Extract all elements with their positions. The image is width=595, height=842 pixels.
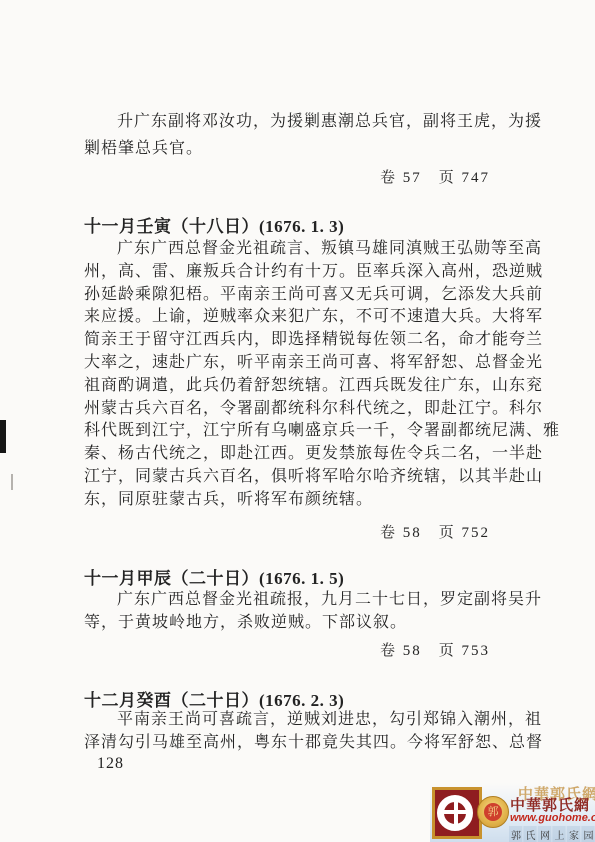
entry-section: 十二月癸酉（二十日）(1676. 2. 3)	[84, 686, 552, 711]
body-text-line: 剿梧肇总兵官。	[84, 135, 546, 162]
volume-page-citation: 卷 58 页 753	[84, 639, 546, 660]
body-text-line: 祖商酌调遣，此兵仍着舒恕统辖。江西兵既发往广东，山东兖	[84, 375, 546, 398]
body-text-line: 州，高、雷、廉叛兵合计约有十万。臣率兵深入高州，恐逆贼	[84, 261, 546, 284]
entry-section: 十一月壬寅（十八日）(1676. 1. 3)	[84, 212, 552, 237]
citation-block: 卷 58 页 752	[84, 521, 552, 542]
body-text-line: 州蒙古兵六百名，令署副都统科尔科代统之，即赴江宁。科尔	[84, 398, 546, 421]
guo-clan-seal-icon	[432, 787, 482, 839]
margin-scan-mark	[11, 474, 13, 490]
body-text-line: 等，于黄坡岭地方，杀败逆贼。下部议叙。	[84, 612, 546, 635]
site-url: www.guohome.org	[510, 812, 595, 824]
body-text-line: 泽清勾引马雄至高州，粤东十郡竟失其四。今将军舒恕、总督	[84, 732, 546, 755]
volume-page-citation: 卷 58 页 752	[84, 521, 546, 542]
intro-paragraph: 升广东副将邓汝功，为援剿惠潮总兵官，副将王虎，为援 剿梧肇总兵官。	[84, 108, 552, 162]
citation-block: 卷 58 页 753	[84, 639, 552, 660]
body-text-line: 平南亲王尚可喜疏言，逆贼刘进忠，勾引郑锦入潮州，祖	[84, 709, 546, 732]
entry-paragraph: 平南亲王尚可喜疏言，逆贼刘进忠，勾引郑锦入潮州，祖 泽清勾引马雄至高州，粤东十郡…	[84, 709, 552, 755]
body-text-line: 科代既到江宁，江宁所有乌喇盛京兵一千，令署副都统尼满、雅	[84, 420, 546, 443]
entry-date-heading: 十二月癸酉（二十日）(1676. 2. 3)	[84, 686, 552, 711]
body-text-line: 广东广西总督金光祖疏言、叛镇马雄同滇贼王弘勋等至高	[84, 238, 546, 261]
citation-block: 卷 57 页 747	[84, 166, 552, 187]
watermark: 郭 中華郭氏網 中華郭氏網 www.guohome.org 郭氏网上家园	[430, 783, 595, 842]
site-tagline: 郭氏网上家园	[509, 826, 595, 842]
body-text-line: 东，同原驻蒙古兵，听将军布颜统辖。	[84, 489, 546, 512]
body-text-line: 升广东副将邓汝功，为援剿惠潮总兵官，副将王虎，为援	[84, 108, 546, 135]
body-text-line: 秦、杨古代统之，即赴江西。更发禁旅每佐令兵二名，一半赴	[84, 443, 546, 466]
coin-character: 郭	[484, 803, 502, 821]
entry-date-heading: 十一月甲辰（二十日）(1676. 1. 5)	[84, 564, 552, 589]
entry-paragraph: 广东广西总督金光祖疏报，九月二十七日，罗定副将吴升 等，于黄坡岭地方，杀败逆贼。…	[84, 589, 552, 635]
margin-scan-mark	[0, 420, 6, 453]
body-text-line: 来应援。上谕，逆贼率众来犯广东，不可不速遣大兵。大将军	[84, 306, 546, 329]
body-text-line: 简亲王于留守江西兵内，即选择精锐每佐领二名，命才能夸兰	[84, 329, 546, 352]
page-number: 128	[97, 755, 124, 773]
body-text-line: 孙延龄乘隙犯梧。平南亲王尚可喜又无兵可调，乞添发大兵前	[84, 284, 546, 307]
entry-date-heading: 十一月壬寅（十八日）(1676. 1. 3)	[84, 212, 552, 237]
entry-paragraph: 广东广西总督金光祖疏言、叛镇马雄同滇贼王弘勋等至高 州，高、雷、廉叛兵合计约有十…	[84, 238, 552, 512]
volume-page-citation: 卷 57 页 747	[84, 166, 546, 187]
body-text-line: 江宁，同蒙古兵六百名，俱听将军哈尔哈齐统辖，以其半赴山	[84, 466, 546, 489]
body-text-line: 大率之，速赴广东，听平南亲王尚可喜、将军舒恕、总督金光	[84, 352, 546, 375]
scanned-book-page: 升广东副将邓汝功，为援剿惠潮总兵官，副将王虎，为援 剿梧肇总兵官。 卷 57 页…	[0, 0, 595, 842]
gold-coin-icon: 郭	[477, 796, 509, 828]
entry-section: 十一月甲辰（二十日）(1676. 1. 5)	[84, 564, 552, 589]
body-text-line: 广东广西总督金光祖疏报，九月二十七日，罗定副将吴升	[84, 589, 546, 612]
seal-cross-icon	[444, 810, 468, 814]
